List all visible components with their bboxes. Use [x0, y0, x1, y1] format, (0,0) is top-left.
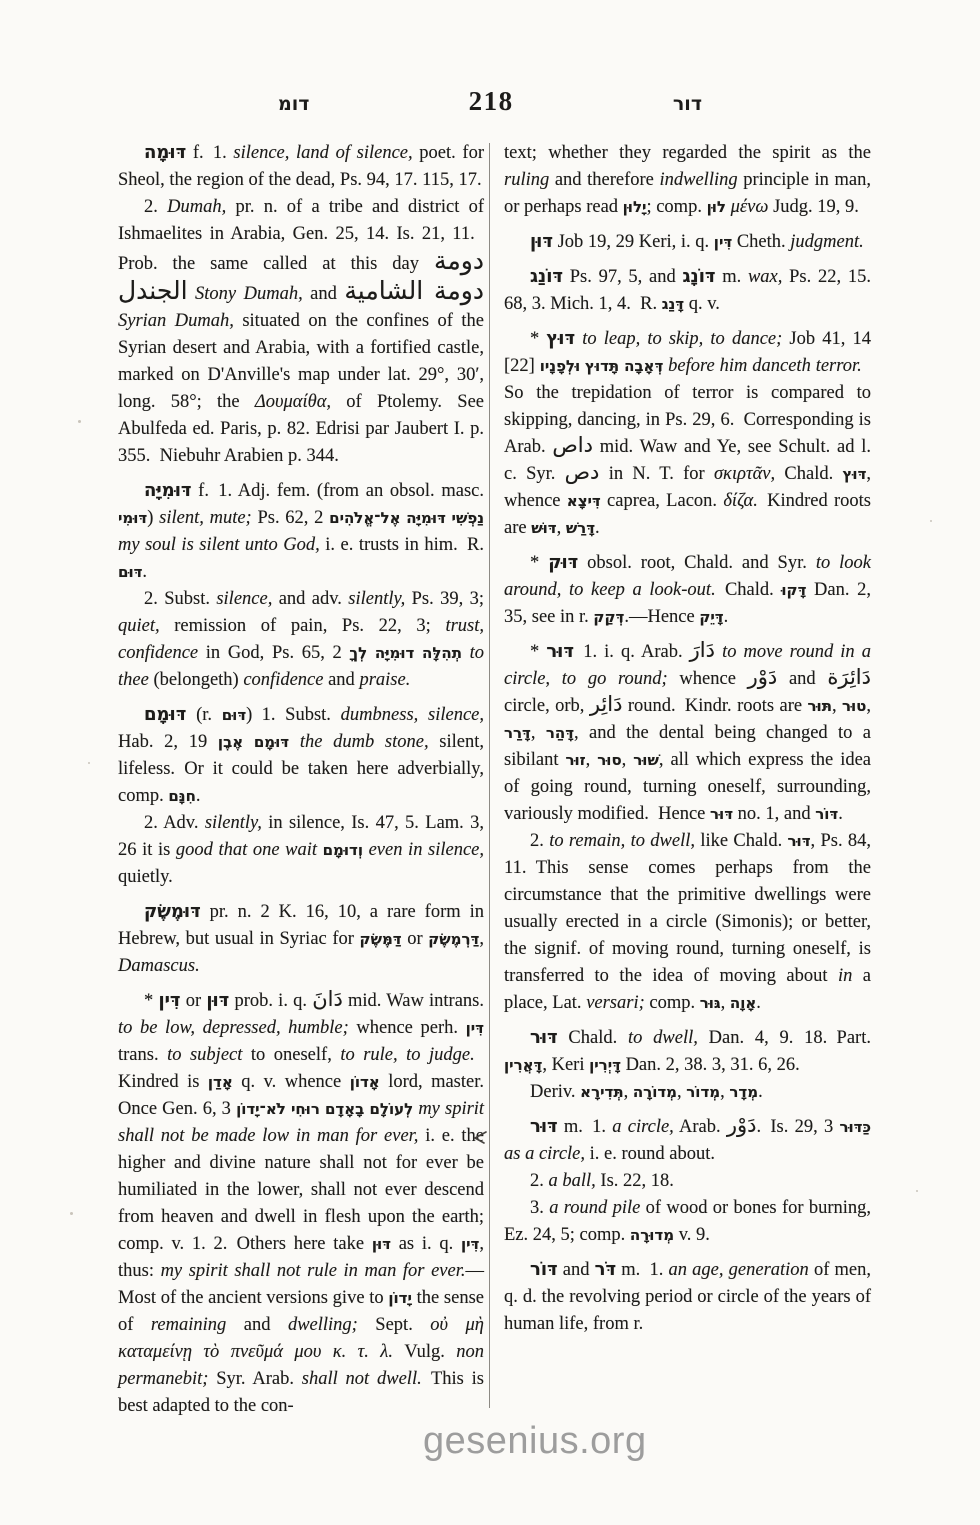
hebrew-word: מְדָר — [729, 1083, 758, 1101]
hebrew-headword: דּוּן — [206, 990, 229, 1011]
text-run: , — [586, 750, 598, 770]
text-run: as i. q. — [391, 1234, 461, 1254]
hebrew-word: זוּר — [565, 751, 585, 769]
hebrew-word: דִּין — [466, 1019, 484, 1037]
text-run: q. v. — [684, 294, 720, 314]
text-run: , — [531, 723, 546, 743]
hebrew-headword: דּוּמָה — [144, 142, 186, 163]
text-run: 2. — [530, 1171, 549, 1191]
hebrew-word: יָלוּן — [623, 198, 647, 216]
page: דומ 218 דור דּוּמָה f. 1. silence, land … — [0, 0, 980, 1525]
entry-paragraph: * דִּין or דּוּן prob. i. q. دَانَ mid. … — [118, 988, 484, 1420]
italic-text: ruling — [504, 170, 549, 190]
hebrew-word: תּוּר — [808, 697, 832, 715]
text-run: Arab. — [674, 1117, 727, 1137]
text-run: , — [479, 929, 484, 949]
text-run: caprea, Lacon. — [601, 491, 724, 511]
hebrew-word: דוּמִיָּה — [375, 644, 415, 662]
arabic-word: دَائِر — [590, 692, 623, 716]
hebrew-word: דִּין — [461, 1235, 479, 1253]
text-run: circle, orb, — [504, 696, 590, 716]
entry-paragraph: * דּוּר 1. i. q. Arab. دَارَ to move rou… — [504, 639, 871, 828]
text-run: trans. — [118, 1045, 167, 1065]
italic-text: dwelling; — [288, 1315, 358, 1335]
hebrew-word: מְדוֹרָה — [633, 1083, 677, 1101]
text-run: Dan. 2, 38. 3, 31. 6, 26. — [621, 1055, 800, 1075]
text-run: Ps. 97, 5, and — [563, 267, 683, 287]
text-run: (r. — [186, 705, 221, 725]
italic-text: praise. — [359, 670, 410, 690]
text-run: and — [323, 670, 359, 690]
entry-paragraph: 2. Dumah, pr. n. of a tribe and district… — [118, 194, 484, 470]
text-run: m. 1. — [616, 1260, 668, 1280]
text-run: q. v. whence — [233, 1072, 350, 1092]
text-run: f. 1. Adj. fem. (from an obsol. masc. — [191, 481, 484, 501]
text-run: , — [866, 696, 871, 716]
italic-text: Syrian Dumah, — [118, 311, 234, 331]
text-run: 3. — [530, 1198, 549, 1218]
hebrew-word: כַּדּוּר — [839, 1118, 871, 1136]
text-run: f. 1. — [186, 143, 233, 163]
text-run: . — [196, 786, 201, 806]
entry-paragraph: 2. a ball, Is. 22, 18. — [504, 1168, 871, 1195]
hebrew-headword: דּוּמֶשֶׂק — [144, 901, 201, 922]
arabic-word: دومة الشامية — [344, 276, 484, 305]
italic-text: a round pile — [549, 1198, 640, 1218]
text-run: round. Kindr. roots are — [622, 696, 807, 716]
entry-paragraph: דּוּר Chald. to dwell, Dan. 4, 9. 18. Pa… — [504, 1025, 871, 1079]
text-run: Sept. — [358, 1315, 430, 1335]
hebrew-word: דַּמֶּשֶׂק — [360, 930, 402, 948]
text-run: , — [677, 1082, 686, 1102]
entry-paragraph: דּוּמָם (r. דּוּם) 1. Subst. dumbness, s… — [118, 702, 484, 810]
text-run: m. 1. — [558, 1117, 613, 1137]
hebrew-word: דָּרַשׁ — [566, 519, 595, 537]
text-run: . — [838, 804, 843, 824]
hebrew-word: דִּין — [714, 233, 732, 251]
hebrew-word: גּוּר — [700, 994, 721, 1012]
entry-paragraph: * דּוּק obsol. root, Chald. and Syr. to … — [504, 550, 871, 631]
italic-text: to be low, depressed, humble; — [118, 1018, 349, 1038]
entry-paragraph: דּוּמִיָּה f. 1. Adj. fem. (from an obso… — [118, 478, 484, 586]
hebrew-word: לְעוֹלָם — [369, 1100, 413, 1118]
text-run: no. 1, and — [733, 804, 815, 824]
entry-paragraph: Deriv. תְּדִירָא, מְדוֹרָה, מְדוֹר, מְדָ… — [504, 1079, 871, 1106]
entry-paragraph: דּוּן Job 19, 29 Keri, i. q. דִּין Cheth… — [504, 229, 871, 256]
hebrew-word: דּוּץ — [843, 465, 867, 483]
entry-paragraph: דּוּמָה f. 1. silence, land of silence, … — [118, 140, 484, 194]
text-run: and — [303, 284, 345, 304]
italic-text: even in silence, — [369, 840, 484, 860]
hebrew-word: דּוּמִיָּה — [406, 509, 446, 527]
italic-text: the dumb stone, — [300, 732, 429, 752]
italic-text: a ball, — [549, 1171, 596, 1191]
text-run: quietly. — [118, 867, 173, 887]
text-run: , — [624, 1082, 633, 1102]
hebrew-headword: דּוּר — [546, 641, 574, 662]
text-run: .—Hence — [624, 607, 699, 627]
italic-text: judgment. — [790, 232, 863, 252]
hebrew-word: רוּחִי — [291, 1100, 320, 1118]
text-run: , Keri — [542, 1055, 589, 1075]
arabic-word: دَوْر — [727, 1113, 757, 1137]
paper-speck — [78, 420, 81, 423]
text-run: whence perh. — [349, 1018, 466, 1038]
hebrew-word: אָוָה — [730, 994, 756, 1012]
hebrew-word: יָדוֹן — [388, 1289, 412, 1307]
text-run: , — [557, 518, 566, 538]
text-run: . — [758, 1082, 763, 1102]
entry-paragraph: * דּוּץ to leap, to skip, to dance; Job … — [504, 326, 871, 542]
left-column: דּוּמָה f. 1. silence, land of silence, … — [118, 140, 484, 1420]
hebrew-word: אָדַן — [208, 1073, 233, 1091]
scanned-lexicon-page: { "header": { "left_word": "דומ", "page_… — [0, 0, 980, 1525]
text-run: prob. i. q. — [229, 991, 312, 1011]
hebrew-word: דּוּר — [710, 805, 733, 823]
text-run: 2. Subst. — [144, 589, 216, 609]
text-run: i. e. trusts in him. R. — [320, 535, 484, 555]
hebrew-word: בָאָדָם — [325, 1100, 364, 1118]
italic-text: my soul is silent unto God, — [118, 535, 320, 555]
hebrew-word: דַּרְמֶשֶׂק — [428, 930, 479, 948]
italic-text: silence, — [216, 589, 272, 609]
text-run: comp. — [645, 993, 700, 1013]
italic-text: quiet, — [118, 616, 160, 636]
hebrew-word: וּלְפָנָיו — [540, 357, 580, 375]
text-run: * — [530, 329, 546, 349]
hebrew-word: לוּן — [707, 198, 726, 216]
greek-text: Δουμαίθα, — [255, 392, 331, 412]
hebrew-word: דּוּן — [372, 1235, 391, 1253]
hebrew-word: חִנָּם — [168, 787, 196, 805]
text-run: * — [530, 642, 546, 662]
text-run: Ps. 39, 3; — [405, 589, 484, 609]
hebrew-word: דּוּם — [222, 706, 246, 724]
entry-paragraph: 2. to remain, to dwell, like Chald. דּוּ… — [504, 828, 871, 1017]
paper-speck — [88, 762, 90, 764]
text-run: , Ps. 84, 11. This sense comes perhaps f… — [504, 831, 871, 986]
text-run: in God, Ps. 65, 2 — [198, 643, 349, 663]
text-run: Vulg. — [393, 1342, 456, 1362]
hebrew-word: דּוּמִי — [118, 509, 147, 527]
hebrew-headword: דּוּץ — [546, 328, 575, 349]
hebrew-headword: דּוּר — [530, 1027, 558, 1048]
hebrew-word: דָּיֵק — [699, 608, 723, 626]
hebrew-word: דְּקַק — [593, 608, 624, 626]
text-run: . Is. 29, 3 — [757, 1117, 840, 1137]
italic-text: shall not dwell. — [302, 1369, 422, 1389]
entry-paragraph: 3. a round pile of wood or bones for bur… — [504, 1195, 871, 1249]
arabic-word: دَوْر — [748, 665, 778, 689]
hebrew-headword: דּוּמָם — [144, 704, 186, 725]
arabic-word: دص — [565, 460, 600, 484]
italic-text: Dumah, — [167, 197, 226, 217]
hebrew-headword: דּוֹנָג — [683, 266, 716, 287]
hebrew-word: מְדוֹר — [686, 1083, 720, 1101]
italic-text: to dwell, — [628, 1028, 698, 1048]
italic-text: wax, — [748, 267, 782, 287]
hebrew-headword: דִּין — [158, 990, 180, 1011]
text-run: and — [558, 1260, 595, 1280]
hebrew-word: סוּר — [597, 751, 621, 769]
text-run: Deriv. — [530, 1082, 580, 1102]
hebrew-word: מְדוּרָה — [630, 1226, 674, 1244]
arabic-word: داص — [552, 433, 593, 457]
hebrew-word: דָּנַג — [662, 295, 684, 313]
hebrew-headword: דּוּמִיָּה — [144, 480, 191, 501]
text-run: ; comp. — [646, 197, 706, 217]
hebrew-headword: דּוּן — [530, 231, 553, 252]
page-number: 218 — [469, 86, 514, 117]
text-run — [715, 642, 722, 662]
text-run: . — [724, 607, 729, 627]
greek-text: δίζα. — [723, 491, 758, 511]
hebrew-headword: דּוֹר — [530, 1259, 558, 1280]
hebrew-word: דָּיְרִין — [589, 1056, 621, 1074]
text-run: 1. i. q. Arab. — [574, 642, 690, 662]
italic-text: silently, — [348, 589, 405, 609]
italic-text: to leap, to skip, to dance; — [582, 329, 782, 349]
arabic-word: دَانَ — [312, 987, 343, 1011]
header-catchword-right: דור — [673, 93, 702, 115]
hebrew-word: דּוּשׁ — [531, 519, 556, 537]
hebrew-word: אָדוֹן — [350, 1073, 380, 1091]
italic-text: versari; — [586, 993, 645, 1013]
text-run: v. 9. — [674, 1225, 710, 1245]
hebrew-word: תָּדוּץ — [585, 357, 619, 375]
hebrew-word: אֶל־אֱלֹהִים — [329, 509, 400, 527]
text-run — [289, 732, 300, 752]
hebrew-word: דָּרַר — [504, 724, 531, 742]
running-header: דומ 218 דור — [278, 86, 702, 117]
italic-text: silence, land of silence, — [233, 143, 412, 163]
hebrew-word: דּוֹר — [815, 805, 838, 823]
italic-text: to rule, to judge. — [340, 1045, 474, 1065]
italic-text: remaining — [151, 1315, 226, 1335]
text-run: whence — [668, 669, 748, 689]
paper-speck — [70, 1212, 73, 1215]
text-run: Cheth. — [732, 232, 790, 252]
hebrew-word: תְּדִירָא — [580, 1083, 623, 1101]
paper-speck — [916, 1190, 918, 1192]
hebrew-headword: דּוֹנַג — [530, 266, 563, 287]
italic-text: to remain, to dwell, — [549, 831, 695, 851]
hebrew-word: לְךָ — [349, 644, 367, 662]
italic-text: Damascus. — [118, 956, 200, 976]
italic-text: good that one wait — [176, 840, 317, 860]
italic-text: in — [838, 966, 852, 986]
italic-text: before him danceth terror. — [668, 356, 862, 376]
entry-paragraph: דּוֹר and דֹּר m. 1. an age, generation … — [504, 1257, 871, 1338]
arabic-word: دَارَ — [690, 638, 715, 662]
text-run: i. e. round about. — [585, 1144, 715, 1164]
text-run: Syr. Arab. — [208, 1369, 301, 1389]
greek-text: μένω — [731, 197, 769, 217]
text-run: Chald. — [558, 1028, 628, 1048]
hebrew-word: דָּהַר — [546, 724, 574, 742]
entry-paragraph: 2. Subst. silence, and adv. silently, Ps… — [118, 586, 484, 694]
text-run: . — [142, 562, 147, 582]
entry-paragraph: דּוּר m. 1. a circle, Arab. دَوْر. Is. 2… — [504, 1114, 871, 1168]
hebrew-word: לֹא־יָדוֹן — [236, 1100, 286, 1118]
italic-text: confidence — [243, 670, 323, 690]
hebrew-word: נַפְשִׁי — [452, 509, 484, 527]
entry-paragraph: text; whether they regarded the spirit a… — [504, 140, 871, 221]
hebrew-word: דּוּמָם — [254, 733, 289, 751]
text-run: in N. T. for — [599, 464, 714, 484]
text-run: and adv. — [272, 589, 348, 609]
italic-text: indwelling — [659, 170, 737, 190]
text-run — [188, 284, 195, 304]
text-run: , — [832, 696, 842, 716]
text-run: 2. Adv. — [144, 813, 205, 833]
watermark: gesenius.org — [423, 1420, 647, 1463]
italic-text: an age, generation — [669, 1260, 809, 1280]
hebrew-word: דּוּר — [788, 832, 811, 850]
right-column: text; whether they regarded the spirit a… — [504, 140, 871, 1338]
text-run: , — [720, 1082, 729, 1102]
italic-text: dumbness, silence, — [341, 705, 484, 725]
entry-paragraph: 2. Adv. silently, in silence, Is. 47, 5.… — [118, 810, 484, 891]
text-run: . — [756, 993, 761, 1013]
text-run: * — [530, 553, 548, 573]
text-run: or — [402, 929, 429, 949]
hebrew-word: תְהִלָּה — [422, 644, 462, 662]
text-run: Dan. 4, 9. 18. Part. — [698, 1028, 871, 1048]
hebrew-word: אֶבֶן — [218, 733, 243, 751]
text-run: like Chald. — [695, 831, 788, 851]
entry-paragraph: דּוּמֶשֶׂק pr. n. 2 K. 16, 10, a rare fo… — [118, 899, 484, 980]
hebrew-word: וְדוּמָם — [323, 841, 363, 859]
hebrew-word: דָּאֲרִין — [504, 1056, 542, 1074]
column-divider-rule — [489, 143, 490, 1408]
italic-text: as a circle, — [504, 1144, 585, 1164]
italic-text: my spirit shall not rule in man for ever… — [161, 1261, 466, 1281]
text-run: obsol. root, Chald. and Syr. — [578, 553, 816, 573]
header-catchword-left: דומ — [278, 93, 309, 115]
italic-text: silent, mute; — [159, 508, 252, 528]
text-run: , — [622, 750, 634, 770]
hebrew-headword: דֹּר — [595, 1259, 616, 1280]
text-run: . — [595, 518, 600, 538]
text-run: (belongeth) — [149, 670, 244, 690]
text-run: or — [181, 991, 207, 1011]
text-run: * — [144, 991, 158, 1011]
italic-text: Stony Dumah, — [195, 284, 303, 304]
hebrew-headword: דּוּר — [530, 1116, 558, 1137]
greek-text: σκιρτᾶν, — [714, 464, 775, 484]
text-run: m. — [715, 267, 748, 287]
text-run: to oneself, — [242, 1045, 340, 1065]
arabic-word: دَائِرَة — [827, 665, 871, 689]
pen-mark — [471, 1128, 489, 1146]
italic-text: a circle, — [612, 1117, 674, 1137]
text-run: Hab. 2, 19 — [118, 732, 218, 752]
text-run: ) 1. Subst. — [246, 705, 341, 725]
text-run: Job 19, 29 Keri, i. q. — [553, 232, 714, 252]
hebrew-word: דִּיצָא — [567, 492, 601, 510]
text-run: ) — [147, 508, 159, 528]
text-run: and — [226, 1315, 288, 1335]
text-run: remission of pain, Ps. 22, 3; — [160, 616, 446, 636]
hebrew-word: דָּקוּ — [781, 581, 806, 599]
italic-text: silently, — [205, 813, 262, 833]
paper-speck — [930, 520, 932, 522]
hebrew-word: דּוּם — [118, 563, 142, 581]
entry-paragraph: דּוֹנַג Ps. 97, 5, and דּוֹנָג m. wax, P… — [504, 264, 871, 318]
hebrew-headword: דּוּק — [548, 552, 578, 573]
text-run: mid. Waw intrans. — [343, 991, 484, 1011]
hebrew-word: טוּר — [842, 697, 866, 715]
text-run: 2. — [530, 831, 549, 851]
text-run: Chald. — [716, 580, 782, 600]
text-run: 2. — [144, 197, 167, 217]
text-run: and — [777, 669, 827, 689]
text-run: Chald. — [775, 464, 842, 484]
text-run: Judg. 19, 9. — [768, 197, 858, 217]
text-run: text; whether they regarded the spirit a… — [504, 143, 871, 163]
text-run: , — [721, 993, 730, 1013]
hebrew-word: שׁוּר — [633, 751, 659, 769]
text-run: and therefore — [549, 170, 659, 190]
italic-text: to subject — [167, 1045, 242, 1065]
hebrew-word: דְּאָבָה — [624, 357, 663, 375]
text-run: Is. 22, 18. — [596, 1171, 674, 1191]
text-run — [462, 643, 470, 663]
text-run: Ps. 62, 2 — [252, 508, 329, 528]
